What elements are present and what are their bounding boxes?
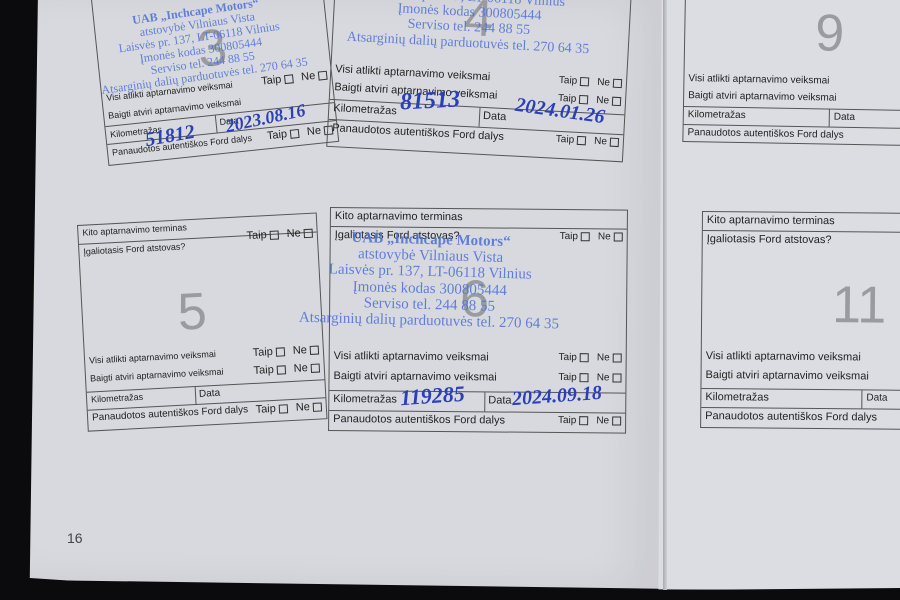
parts-label: Panaudotos autentiškos Ford dalys (687, 127, 843, 141)
mileage-label: Kilometražas (705, 391, 769, 404)
page-number: 16 (67, 530, 83, 546)
open-done-label: Baigti atviri aptarnavimo veiksmai (90, 367, 224, 384)
date-label: Data (199, 388, 221, 400)
box-number: 9 (815, 3, 845, 63)
date-label: Data (488, 394, 511, 406)
all-done-label: Visi atlikti aptarnavimo veiksmai (89, 349, 216, 366)
no-checkbox[interactable] (318, 70, 328, 80)
yes-label: Taip (252, 346, 273, 359)
yes-checkbox[interactable] (579, 416, 588, 425)
yes-label: Taip (261, 74, 282, 88)
authorized-label: Įgaliotasis Ford atstovas? (707, 233, 832, 246)
next-service-label: Kito aptarnavimo terminas (707, 214, 835, 227)
next-service-label: Kito aptarnavimo terminas (335, 210, 463, 223)
handwritten-mileage-6: 119285 (399, 381, 465, 411)
yes-label: Taip (559, 75, 578, 87)
mileage-label: Kilometražas (333, 102, 397, 117)
yes-checkbox[interactable] (580, 373, 589, 382)
yes-checkbox[interactable] (284, 74, 294, 84)
yes-label: Taip (255, 403, 276, 416)
no-checkbox[interactable] (613, 79, 622, 88)
yes-label: Taip (246, 229, 267, 242)
no-label: Ne (295, 401, 310, 414)
no-checkbox[interactable] (311, 363, 320, 372)
mileage-label: Kilometražas (333, 393, 397, 406)
mileage-label: Kilometražas (91, 392, 143, 405)
no-label: Ne (594, 136, 607, 148)
mileage-label: Kilometražas (688, 109, 746, 121)
all-done-label: Visi atlikti aptarnavimo veiksmai (706, 350, 861, 363)
date-label: Data (866, 392, 887, 403)
yes-label: Taip (558, 372, 576, 383)
date-label: Data (834, 112, 855, 123)
all-done-label: Visi atlikti aptarnavimo veiksmai (688, 73, 829, 86)
yes-checkbox[interactable] (276, 347, 285, 356)
all-done-label: Visi atlikti aptarnavimo veiksmai (334, 350, 489, 363)
open-done-label: Baigti atviri aptarnavimo veiksmai (706, 369, 869, 382)
open-done-label: Baigti atviri aptarnavimo veiksmai (333, 370, 496, 383)
yes-label: Taip (253, 364, 274, 377)
book-gutter (663, 0, 667, 590)
yes-label: Taip (558, 352, 576, 363)
no-checkbox[interactable] (614, 232, 623, 241)
box-number: 11 (832, 275, 887, 335)
no-checkbox[interactable] (310, 345, 319, 354)
no-checkbox[interactable] (612, 416, 621, 425)
date-label: Data (483, 110, 507, 123)
service-box-11: Kito aptarnavimo terminas Įgaliotasis Fo… (700, 211, 900, 430)
handwritten-mileage-4: 81513 (399, 86, 460, 116)
yes-checkbox[interactable] (277, 365, 286, 374)
no-label: Ne (293, 344, 308, 357)
no-checkbox[interactable] (313, 402, 322, 411)
service-box-9: 9 Visi atlikti aptarnavimo veiksmai Baig… (682, 0, 900, 146)
box-number: 5 (176, 281, 208, 342)
no-checkbox[interactable] (612, 373, 621, 382)
next-service-label: Kito aptarnavimo terminas (82, 222, 187, 237)
parts-label: Panaudotos autentiškos Ford dalys (333, 413, 505, 426)
yes-checkbox[interactable] (577, 136, 586, 145)
no-label: Ne (596, 415, 609, 426)
no-label: Ne (293, 362, 308, 375)
authorized-label: Įgaliotasis Ford atstovas? (83, 241, 185, 256)
open-done-label: Baigti atviri aptarnavimo veiksmai (688, 90, 837, 104)
yes-checkbox[interactable] (580, 77, 589, 86)
no-checkbox[interactable] (613, 353, 622, 362)
no-label: Ne (598, 231, 611, 242)
no-label: Ne (306, 125, 321, 138)
yes-checkbox[interactable] (580, 353, 589, 362)
yes-label: Taip (558, 415, 576, 426)
no-label: Ne (301, 70, 316, 83)
parts-label: Panaudotos autentiškos Ford dalys (705, 410, 877, 423)
yes-label: Taip (556, 134, 575, 146)
yes-checkbox[interactable] (279, 404, 288, 413)
no-label: Ne (597, 352, 610, 363)
dealer-stamp-middle: UAB „Inchcape Motors“ atstovybė Vilniaus… (264, 228, 596, 334)
no-checkbox[interactable] (610, 137, 619, 146)
yes-checkbox[interactable] (290, 129, 300, 139)
no-checkbox[interactable] (612, 97, 621, 106)
yes-label: Taip (266, 128, 287, 142)
no-label: Ne (597, 77, 610, 89)
